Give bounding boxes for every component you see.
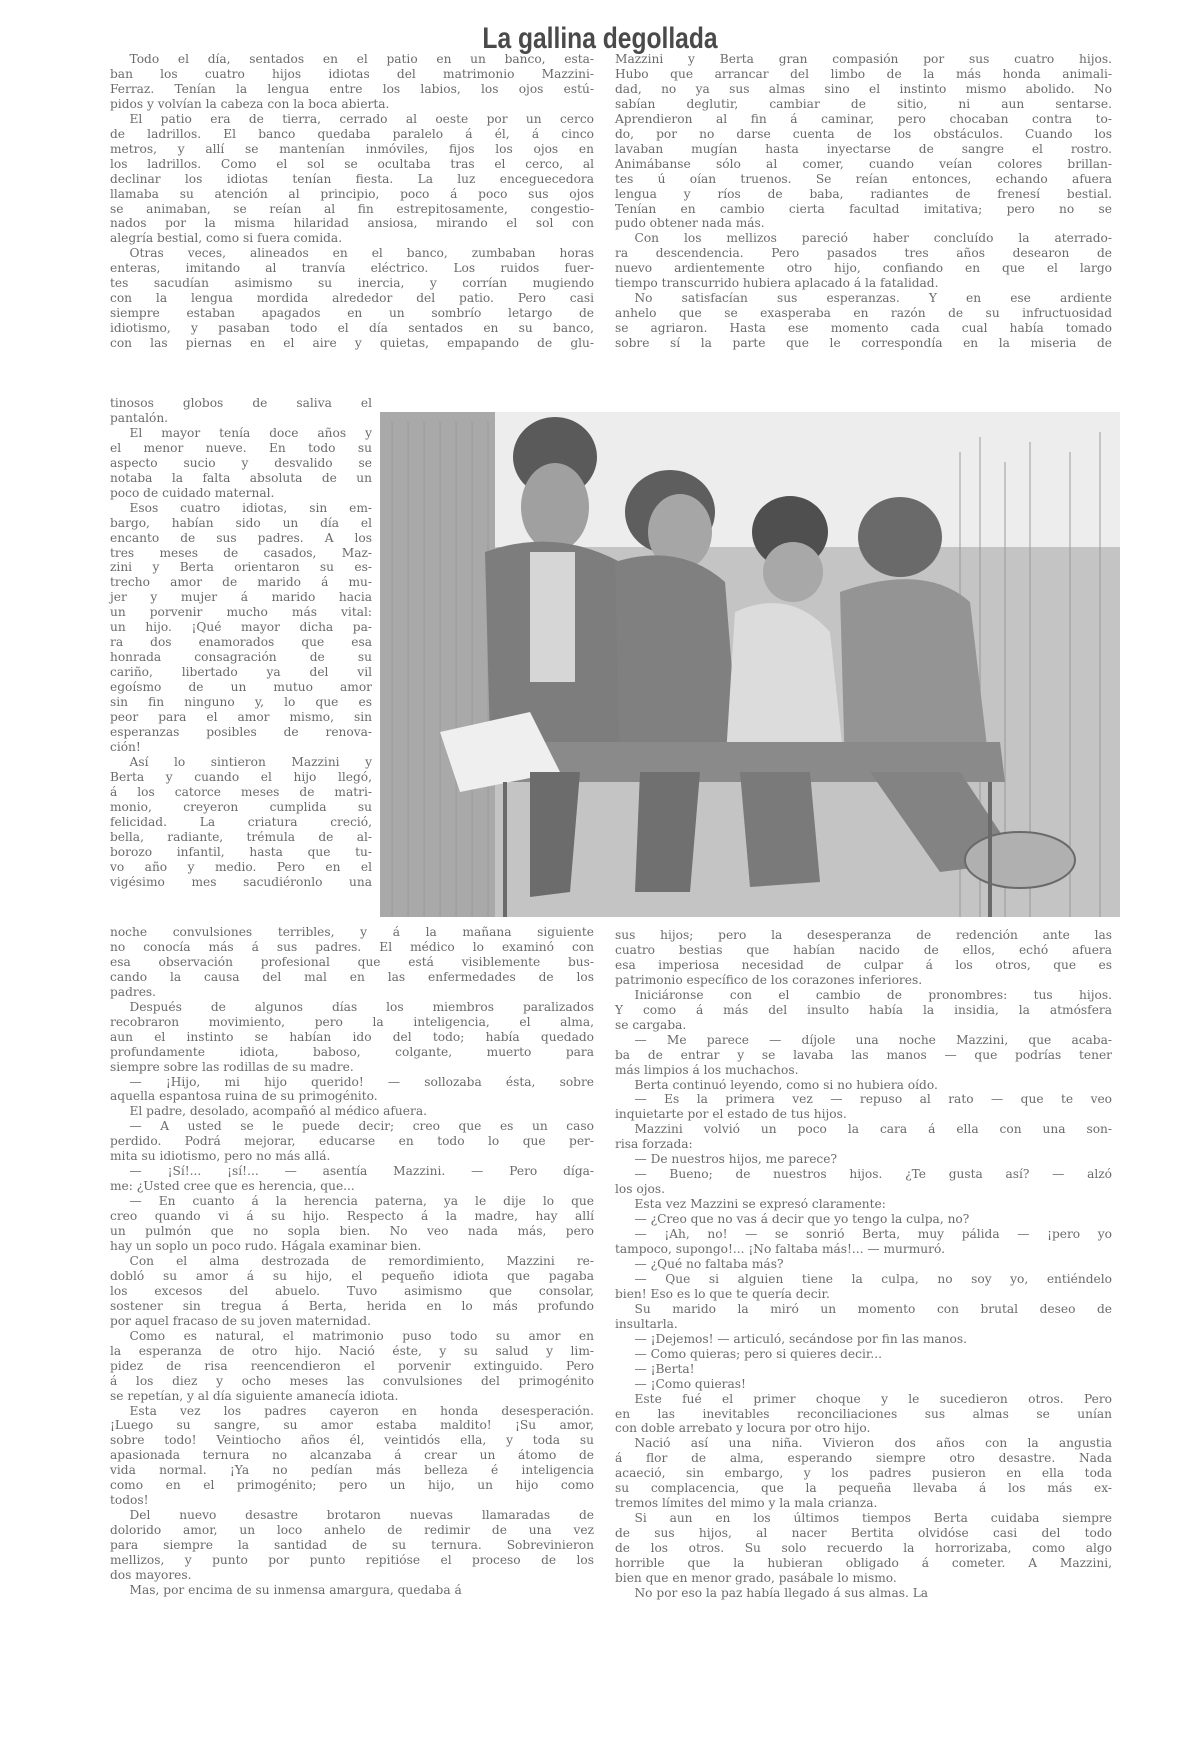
text-line: do, por no darse cuenta de los obstáculo…: [615, 127, 1112, 142]
text-line: el menor nueve. En todo su: [110, 441, 372, 456]
text-line: alegría bestial, como si fuera comida.: [110, 231, 594, 246]
text-line: — ¿Creo que no vas á decir que yo tengo …: [615, 1212, 1112, 1227]
text-line: mellizos, y punto por punto repitióse el…: [110, 1553, 594, 1568]
text-line: de sus hijos, al nacer Bertita olvidóse …: [615, 1526, 1112, 1541]
text-line: honrada consagración de su: [110, 650, 372, 665]
text-line: aspecto sucio y desvalido se: [110, 456, 372, 471]
text-line: borozo infantil, hasta que tu-: [110, 845, 372, 860]
text-line: perdido. Podrá mejorar, educarse en todo…: [110, 1134, 594, 1149]
right-column-top: Mazzini y Berta gran compasión por sus c…: [615, 52, 1112, 351]
text-line: esperanzas posibles de renova-: [110, 725, 372, 740]
text-line: siempre sobre las rodillas de su madre.: [110, 1060, 594, 1075]
text-line: con doble arrebato y locura por otro hij…: [615, 1421, 1112, 1436]
text-line: bella, radiante, trémula de al-: [110, 830, 372, 845]
text-line: un porvenir mucho más vital:: [110, 605, 372, 620]
text-line: en las inevitables reconciliaciones sus …: [615, 1407, 1112, 1422]
text-line: Iniciáronse con el cambio de pronombres:…: [615, 988, 1112, 1003]
text-line: más limpios á los muchachos.: [615, 1063, 1112, 1078]
text-line: aun el instinto se habían ido del todo; …: [110, 1030, 594, 1045]
text-line: Nació así una niña. Vivieron dos años co…: [615, 1436, 1112, 1451]
text-line: de ladrillos. El banco quedaba paralelo …: [110, 127, 594, 142]
text-line: pudo obtener nada más.: [615, 216, 1112, 231]
text-line: El mayor tenía doce años y: [110, 426, 372, 441]
text-line: se repetían, y al día siguiente amanecía…: [110, 1389, 594, 1404]
text-line: ción!: [110, 740, 372, 755]
text-line: Con el alma destrozada de remordimiento,…: [110, 1254, 594, 1269]
text-line: — Bueno; de nuestros hijos. ¿Te gusta as…: [615, 1167, 1112, 1182]
text-line: Otras veces, alineados en el banco, zumb…: [110, 246, 594, 261]
text-line: tampoco, supongo!... ¡No faltaba más!...…: [615, 1242, 1112, 1257]
text-line: inquietarte por el estado de tus hijos.: [615, 1107, 1112, 1122]
text-line: Si aun en los últimos tiempos Berta cuid…: [615, 1511, 1112, 1526]
text-line: Como es natural, el matrimonio puso todo…: [110, 1329, 594, 1344]
text-line: cuatro bestias que habían nacido de ello…: [615, 943, 1112, 958]
text-line: sus hijos; pero la desesperanza de reden…: [615, 928, 1112, 943]
text-line: Este fué el primer choque y le sucediero…: [615, 1392, 1112, 1407]
text-line: sobre sí la parte que le correspondía en…: [615, 336, 1112, 351]
text-line: apasionada ternura no alcanzaba á crear …: [110, 1448, 594, 1463]
text-line: sobre todo! Veintiocho años él, veintidó…: [110, 1433, 594, 1448]
text-line: sostener sin tregua á Berta, herida en l…: [110, 1299, 594, 1314]
text-line: tiempo transcurrido hubiera aplacado á l…: [615, 276, 1112, 291]
text-line: No por eso la paz había llegado á sus al…: [615, 1586, 1112, 1601]
text-line: lavaban mugían hasta inyectarse de sangr…: [615, 142, 1112, 157]
text-line: jer y mujer á marido hacia: [110, 590, 372, 605]
text-line: Berta continuó leyendo, como si no hubie…: [615, 1078, 1112, 1093]
text-line: por aquel fracaso de su joven maternidad…: [110, 1314, 594, 1329]
text-line: dad, no ya sus almas sino el instinto mi…: [615, 82, 1112, 97]
text-line: su complacencia, que la pequeña llevaba …: [615, 1481, 1112, 1496]
text-line: se cargaba.: [615, 1018, 1112, 1033]
text-line: á los diez y ocho meses las convulsiones…: [110, 1374, 594, 1389]
text-line: — Es la primera vez — repuso al rato — q…: [615, 1092, 1112, 1107]
text-line: El patio era de tierra, cerrado al oeste…: [110, 112, 594, 127]
text-line: pidez de risa reencendieron el porvenir …: [110, 1359, 594, 1374]
text-line: Berta y cuando el hijo llegó,: [110, 770, 372, 785]
text-line: peor para el amor mismo, sin: [110, 710, 372, 725]
text-line: los ojos.: [615, 1182, 1112, 1197]
text-line: á los catorce meses de matri-: [110, 785, 372, 800]
text-line: se animaban, se reían al fin estrepitosa…: [110, 202, 594, 217]
text-line: Mazzini y Berta gran compasión por sus c…: [615, 52, 1112, 67]
text-line: — ¡Berta!: [615, 1362, 1112, 1377]
text-line: — ¡Ah, no! — se sonrió Berta, muy pálida…: [615, 1227, 1112, 1242]
text-line: tes sacudían asimismo su inercia, y corr…: [110, 276, 594, 291]
text-line: llamaba su atención al principio, poco á…: [110, 187, 594, 202]
text-line: ra dos enamorados que esa: [110, 635, 372, 650]
text-line: ba de entrar y se lavaba las manos — que…: [615, 1048, 1112, 1063]
text-line: Esta vez Mazzini se expresó claramente:: [615, 1197, 1112, 1212]
text-line: con las piernas en el aire y quietas, em…: [110, 336, 594, 351]
text-line: mita su idiotismo, pero no más allá.: [110, 1149, 594, 1164]
text-line: se agriaron. Hasta ese momento cada cual…: [615, 321, 1112, 336]
text-line: idiotismo, y pasaban todo el día sentado…: [110, 321, 594, 336]
text-line: Animábanse sólo al comer, cuando veían c…: [615, 157, 1112, 172]
text-line: con la lengua mordida alrededor del pati…: [110, 291, 594, 306]
text-line: cariño, libertado ya del vil: [110, 665, 372, 680]
text-line: encanto de sus padres. A los: [110, 531, 372, 546]
text-line: felicidad. La criatura creció,: [110, 815, 372, 830]
text-line: — A usted se le puede decir; creo que es…: [110, 1119, 594, 1134]
illustration-four-boys-on-bench: [380, 412, 1120, 917]
text-line: recobraron movimiento, pero la inteligen…: [110, 1015, 594, 1030]
text-line: trecho amor de marido á mu-: [110, 575, 372, 590]
text-line: Y como á más del insulto había la insidi…: [615, 1003, 1112, 1018]
text-line: aquella espantosa ruina de su primogénit…: [110, 1089, 594, 1104]
text-line: profundamente idiota, baboso, colgante, …: [110, 1045, 594, 1060]
illustration-drawing-icon: [380, 412, 1120, 917]
text-line: dos mayores.: [110, 1568, 594, 1583]
text-line: Así lo sintieron Mazzini y: [110, 755, 372, 770]
text-line: notaba la falta absoluta de un: [110, 471, 372, 486]
text-line: esa observación profesional que está vis…: [110, 955, 594, 970]
text-line: Tenían en cambio cierta facultad imitati…: [615, 202, 1112, 217]
text-line: pantalón.: [110, 411, 372, 426]
text-line: — En cuanto á la herencia paterna, ya le…: [110, 1194, 594, 1209]
text-line: metros, y allí se mantenían inmóviles, f…: [110, 142, 594, 157]
text-line: de los otros. Su solo recuerdo la horror…: [615, 1541, 1112, 1556]
text-line: dobló su amor á su hijo, el pequeño idio…: [110, 1269, 594, 1284]
text-line: cando la causa del mal en las enfermedad…: [110, 970, 594, 985]
text-line: nados por la misma hilaridad ansiosa, mi…: [110, 216, 594, 231]
text-line: El padre, desolado, acompañó al médico a…: [110, 1104, 594, 1119]
text-line: esa imperiosa necesidad de culpar á los …: [615, 958, 1112, 973]
text-line: horrible que la hubieran obligado á come…: [615, 1556, 1112, 1571]
text-line: pidos y volvían la cabeza con la boca ab…: [110, 97, 594, 112]
text-line: no conocía más á sus padres. El médico l…: [110, 940, 594, 955]
text-line: noche convulsiones terribles, y á la mañ…: [110, 925, 594, 940]
text-line: Del nuevo desastre brotaron nuevas llama…: [110, 1508, 594, 1523]
text-line: padres.: [110, 985, 594, 1000]
text-line: risa forzada:: [615, 1137, 1112, 1152]
text-line: ra descendencia. Pero pasados tres años …: [615, 246, 1112, 261]
left-column-bottom: noche convulsiones terribles, y á la mañ…: [110, 925, 594, 1598]
text-line: Esos cuatro idiotas, sin em-: [110, 501, 372, 516]
text-line: bien que en menor grado, pasábale lo mis…: [615, 1571, 1112, 1586]
text-line: dolorido amor, un loco anhelo de redimir…: [110, 1523, 594, 1538]
text-line: Mazzini volvió un poco la cara á ella co…: [615, 1122, 1112, 1137]
text-line: insultarla.: [615, 1317, 1112, 1332]
text-line: No satisfacían sus esperanzas. Y en ese …: [615, 291, 1112, 306]
text-line: Después de algunos días los miembros par…: [110, 1000, 594, 1015]
text-line: Aprendieron al fin á caminar, pero choca…: [615, 112, 1112, 127]
article-title: La gallina degollada: [108, 22, 1092, 56]
right-column-bottom: sus hijos; pero la desesperanza de reden…: [615, 928, 1112, 1601]
text-line: vida normal. ¡Ya no pedían más belleza é…: [110, 1463, 594, 1478]
text-line: vigésimo mes sacudiéronlo una: [110, 875, 372, 890]
text-line: bien! Eso es lo que te quería decir.: [615, 1287, 1112, 1302]
text-line: un hijo. ¡Qué mayor dicha pa-: [110, 620, 372, 635]
text-line: declinar los idiotas tenían fiesta. La l…: [110, 172, 594, 187]
text-line: hay un soplo un poco rudo. Hágala examin…: [110, 1239, 594, 1254]
text-line: los excesos del abuelo. Tuvo asimismo qu…: [110, 1284, 594, 1299]
text-line: — ¡Sí!... ¡sí!... — asentía Mazzini. — P…: [110, 1164, 594, 1179]
text-line: Ferraz. Tenían la lengua entre los labio…: [110, 82, 594, 97]
text-line: Todo el día, sentados en el patio en un …: [110, 52, 594, 67]
text-line: — ¡Como quieras!: [615, 1377, 1112, 1392]
text-line: Su marido la miró un momento con brutal …: [615, 1302, 1112, 1317]
text-line: sin fin ninguno y, lo que es: [110, 695, 372, 710]
text-line: — Como quieras; pero si quieres decir...: [615, 1347, 1112, 1362]
text-line: Hubo que arrancar del limbo de la más ho…: [615, 67, 1112, 82]
text-line: enteras, imitando al tranvía eléctrico. …: [110, 261, 594, 276]
text-line: tes ú oían truenos. Se reían entonces, e…: [615, 172, 1112, 187]
text-line: — De nuestros hijos, me parece?: [615, 1152, 1112, 1167]
text-line: Esta vez los padres cayeron en honda des…: [110, 1404, 594, 1419]
text-line: Mas, por encima de su inmensa amargura, …: [110, 1583, 594, 1598]
text-line: vo año y medio. Pero en el: [110, 860, 372, 875]
text-line: — ¿Qué no faltaba más?: [615, 1257, 1112, 1272]
text-line: Con los mellizos pareció haber concluído…: [615, 231, 1112, 246]
text-line: anhelo que se exasperaba en razón de su …: [615, 306, 1112, 321]
text-line: nuevo ardientemente otro hijo, confiando…: [615, 261, 1112, 276]
text-line: ban los cuatro hijos idiotas del matrimo…: [110, 67, 594, 82]
text-line: sabían deglutir, cambiar de sitio, ni au…: [615, 97, 1112, 112]
text-line: zini y Berta orientaron su es-: [110, 560, 372, 575]
text-line: — Que si alguien tiene la culpa, no soy …: [615, 1272, 1112, 1287]
text-line: — ¡Hijo, mi hijo querido! — sollozaba és…: [110, 1075, 594, 1090]
text-line: — Me parece — díjole una noche Mazzini, …: [615, 1033, 1112, 1048]
left-column-beside-illustration: tinosos globos de saliva elpantalón.El m…: [110, 396, 372, 889]
text-line: tres meses de casados, Maz-: [110, 546, 372, 561]
text-line: monio, creyeron cumplida su: [110, 800, 372, 815]
text-line: los ladrillos. Como el sol se ocultaba t…: [110, 157, 594, 172]
text-line: la esperanza de otro hijo. Nació éste, y…: [110, 1344, 594, 1359]
text-line: — ¡Dejemos! — articuló, secándose por fi…: [615, 1332, 1112, 1347]
text-line: patrimonio específico de los corazones i…: [615, 973, 1112, 988]
text-line: me: ¿Usted cree que es herencia, que...: [110, 1179, 594, 1194]
text-line: bargo, habían sido un día el: [110, 516, 372, 531]
text-line: ¡Luego su sangre, su amor estaba maldito…: [110, 1418, 594, 1433]
text-line: acaeció, sin embargo, y los padres pusie…: [615, 1466, 1112, 1481]
left-column-top: Todo el día, sentados en el patio en un …: [110, 52, 594, 351]
text-line: poco de cuidado maternal.: [110, 486, 372, 501]
text-line: á flor de alma, esperando siempre otro d…: [615, 1451, 1112, 1466]
text-line: todos!: [110, 1493, 594, 1508]
text-line: siempre estaban apagados en un sombrío l…: [110, 306, 594, 321]
text-line: lengua y ríos de baba, radiantes de fren…: [615, 187, 1112, 202]
text-line: creo quando vi á su hijo. Respecto á la …: [110, 1209, 594, 1224]
text-line: tremos límites del mimo y la mala crianz…: [615, 1496, 1112, 1511]
text-line: un pulmón que no sopla bien. No veo nada…: [110, 1224, 594, 1239]
text-line: como en el primogénito; pero un hijo, un…: [110, 1478, 594, 1493]
text-line: egoísmo de un mutuo amor: [110, 680, 372, 695]
text-line: para siempre la santidad de su ternura. …: [110, 1538, 594, 1553]
text-line: tinosos globos de saliva el: [110, 396, 372, 411]
